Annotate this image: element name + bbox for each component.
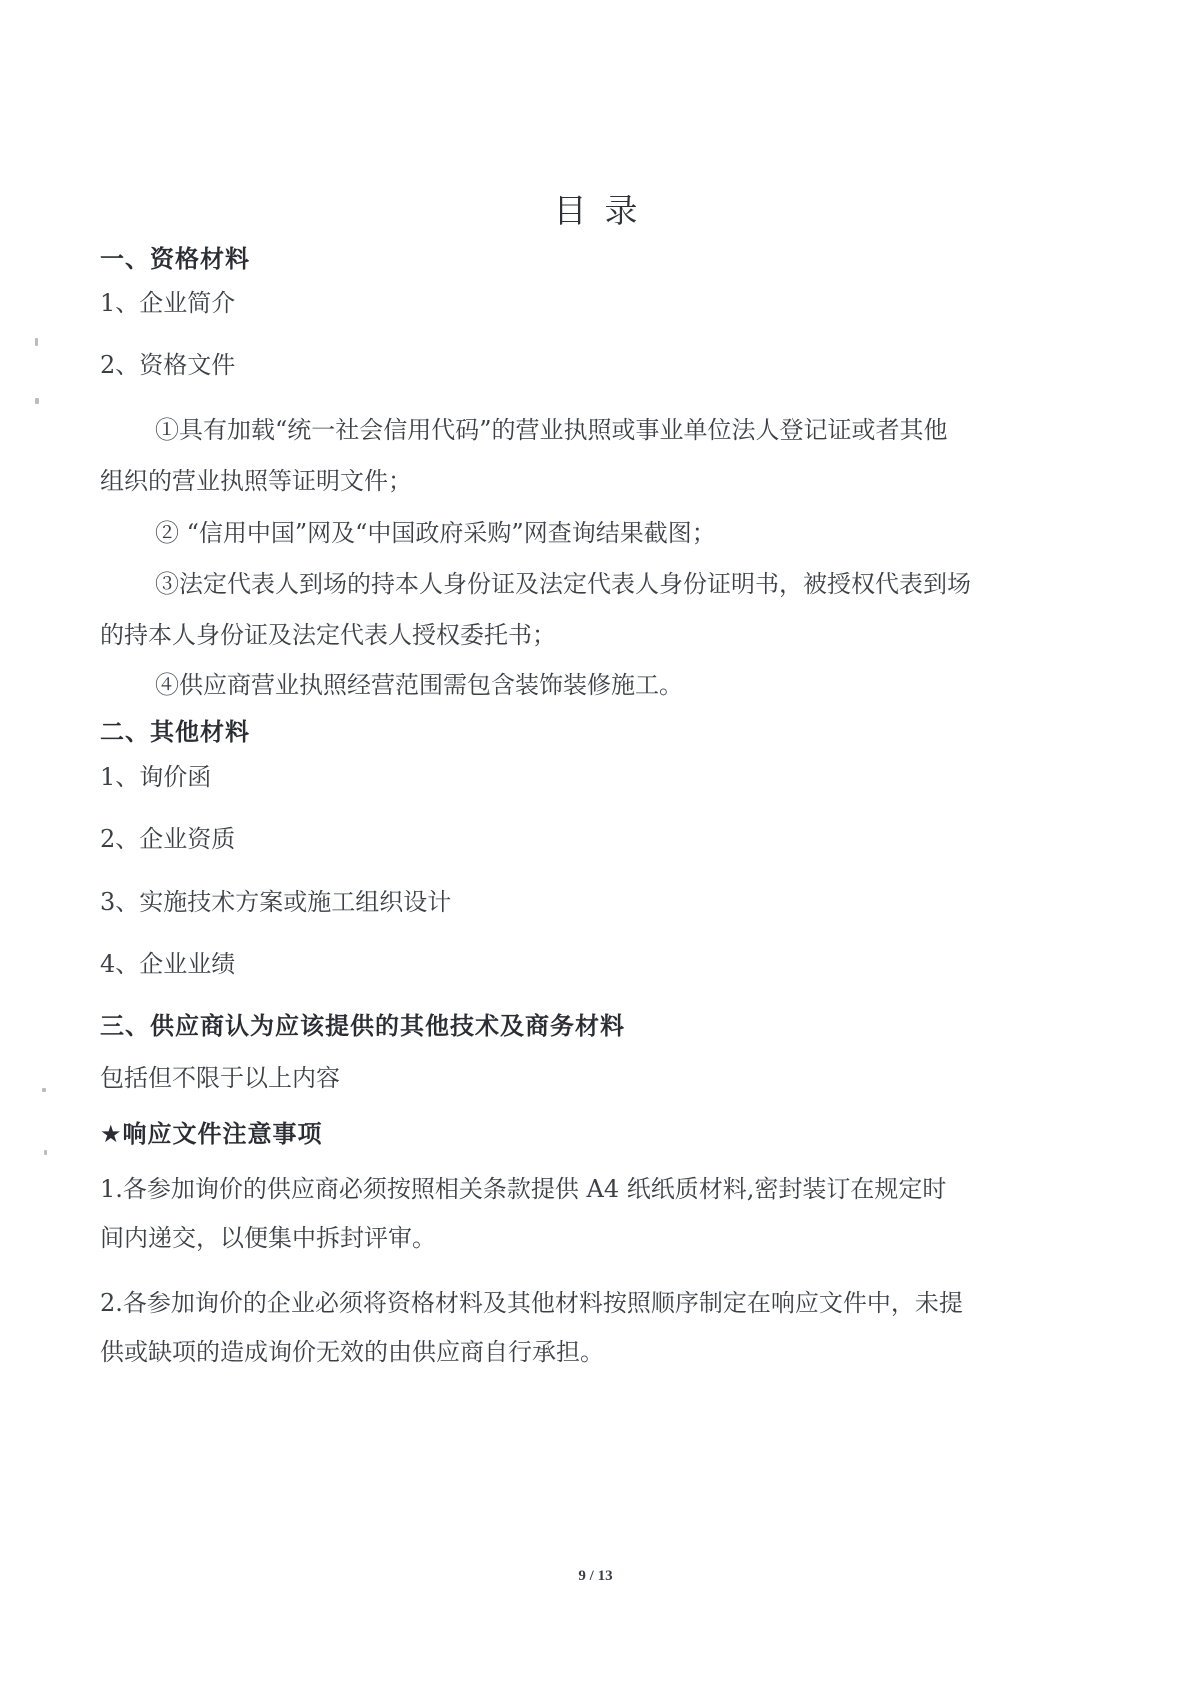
page-title: 目录 bbox=[0, 185, 1191, 232]
note-2-line2: 供或缺项的造成询价无效的由供应商自行承担。 bbox=[100, 1336, 604, 1368]
section-heading-additional-materials: 三、供应商认为应该提供的其他技术及商务材料 bbox=[100, 1010, 625, 1042]
note-1-line1: 1.各参加询价的供应商必须按照相关条款提供 A4 纸纸质材料,密封装订在规定时 bbox=[100, 1173, 946, 1205]
subitem-legal-representative-line2: 的持本人身份证及法定代表人授权委托书； bbox=[100, 619, 556, 651]
subitem-business-scope: ④供应商营业执照经营范围需包含装饰装修施工。 bbox=[155, 669, 683, 701]
list-item-qualification-documents: 2、资格文件 bbox=[100, 349, 235, 381]
scan-speck bbox=[42, 1088, 46, 1092]
note-1-line2: 间内递交，以便集中拆封评审。 bbox=[100, 1222, 436, 1254]
list-item-inquiry-letter: 1、询价函 bbox=[100, 761, 211, 793]
notes-heading: ★响应文件注意事项 bbox=[100, 1118, 323, 1150]
list-item-company-qualifications: 2、企业资质 bbox=[100, 823, 235, 855]
scan-speck bbox=[35, 398, 39, 404]
list-item-company-performance: 4、企业业绩 bbox=[100, 948, 235, 980]
note-2-line1: 2.各参加询价的企业必须将资格材料及其他材料按照顺序制定在响应文件中，未提 bbox=[100, 1287, 963, 1319]
document-page: 目录 一、资格材料 1、企业简介 2、资格文件 ①具有加载“统一社会信用代码”的… bbox=[0, 0, 1191, 1685]
section-heading-qualification-materials: 一、资格材料 bbox=[100, 243, 250, 275]
list-item-company-profile: 1、企业简介 bbox=[100, 287, 235, 319]
scan-speck bbox=[44, 1150, 47, 1155]
list-item-technical-plan: 3、实施技术方案或施工组织设计 bbox=[100, 886, 451, 918]
subitem-business-license-line1: ①具有加载“统一社会信用代码”的营业执照或事业单位法人登记证或者其他 bbox=[155, 414, 948, 446]
section-heading-other-materials: 二、其他材料 bbox=[100, 716, 250, 748]
section3-text: 包括但不限于以上内容 bbox=[100, 1062, 340, 1094]
subitem-legal-representative-line1: ③法定代表人到场的持本人身份证及法定代表人身份证明书，被授权代表到场 bbox=[155, 568, 971, 600]
scan-speck bbox=[35, 338, 38, 346]
subitem-business-license-line2: 组织的营业执照等证明文件； bbox=[100, 465, 412, 497]
page-number: 9 / 13 bbox=[0, 1568, 1191, 1585]
subitem-credit-query-screenshots: ② “信用中国”网及“中国政府采购”网查询结果截图； bbox=[155, 517, 716, 549]
